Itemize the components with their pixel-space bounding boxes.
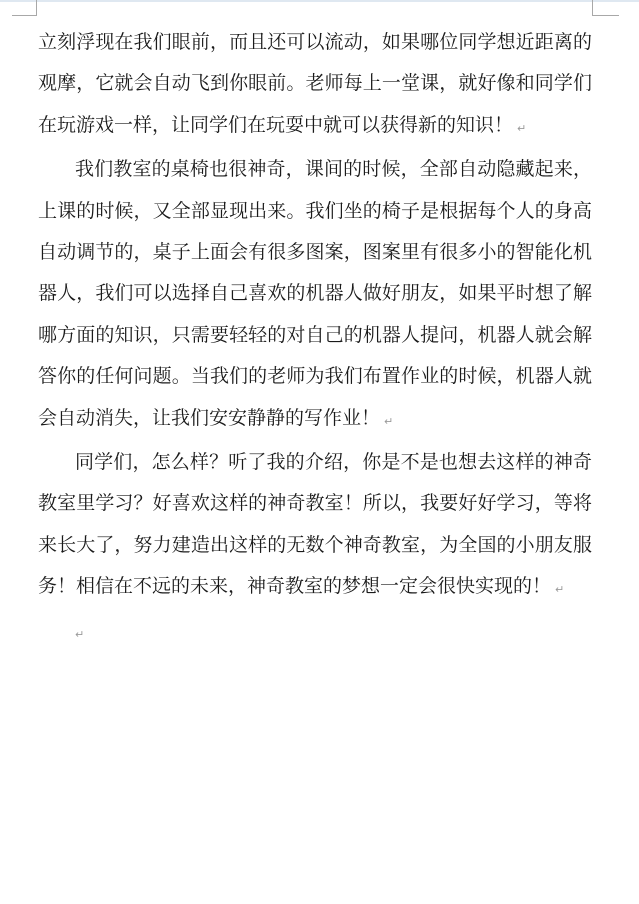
paragraph-mark-icon: ↵ [555,583,564,596]
margin-corner-mark-right [592,0,619,16]
margin-corner-mark-left [12,0,37,16]
paragraph-mark-icon: ↵ [75,628,84,641]
empty-paragraph[interactable]: ↵ [38,611,592,652]
document-page[interactable]: 立刻浮现在我们眼前，而且还可以流动，如果哪位同学想近距离的观摩，它就会自动飞到你… [38,22,592,652]
paragraph-1[interactable]: 立刻浮现在我们眼前，而且还可以流动，如果哪位同学想近距离的观摩，它就会自动飞到你… [38,22,592,149]
paragraph-mark-icon: ↵ [517,122,526,135]
line: 让我们安安静静的写作业！ [152,407,380,429]
paragraph-3[interactable]: 同学们，怎么样？听了我的介绍，你是不是也想去这样的神奇教室里学习？好喜欢这样的神… [38,442,592,611]
line: 信在不远的未来，神奇教室的梦想一定会很快实现的！ [95,575,551,597]
paragraph-mark-icon: ↵ [384,415,393,428]
line: 游戏一样，让同学们在玩耍中就可以获得新的知识！ [76,114,513,136]
ruler-band [0,0,639,2]
paragraph-2[interactable]: 我们教室的桌椅也很神奇，课间的时候，全部自动隐藏起来，上课的时候，又全部显现出来… [38,149,592,442]
